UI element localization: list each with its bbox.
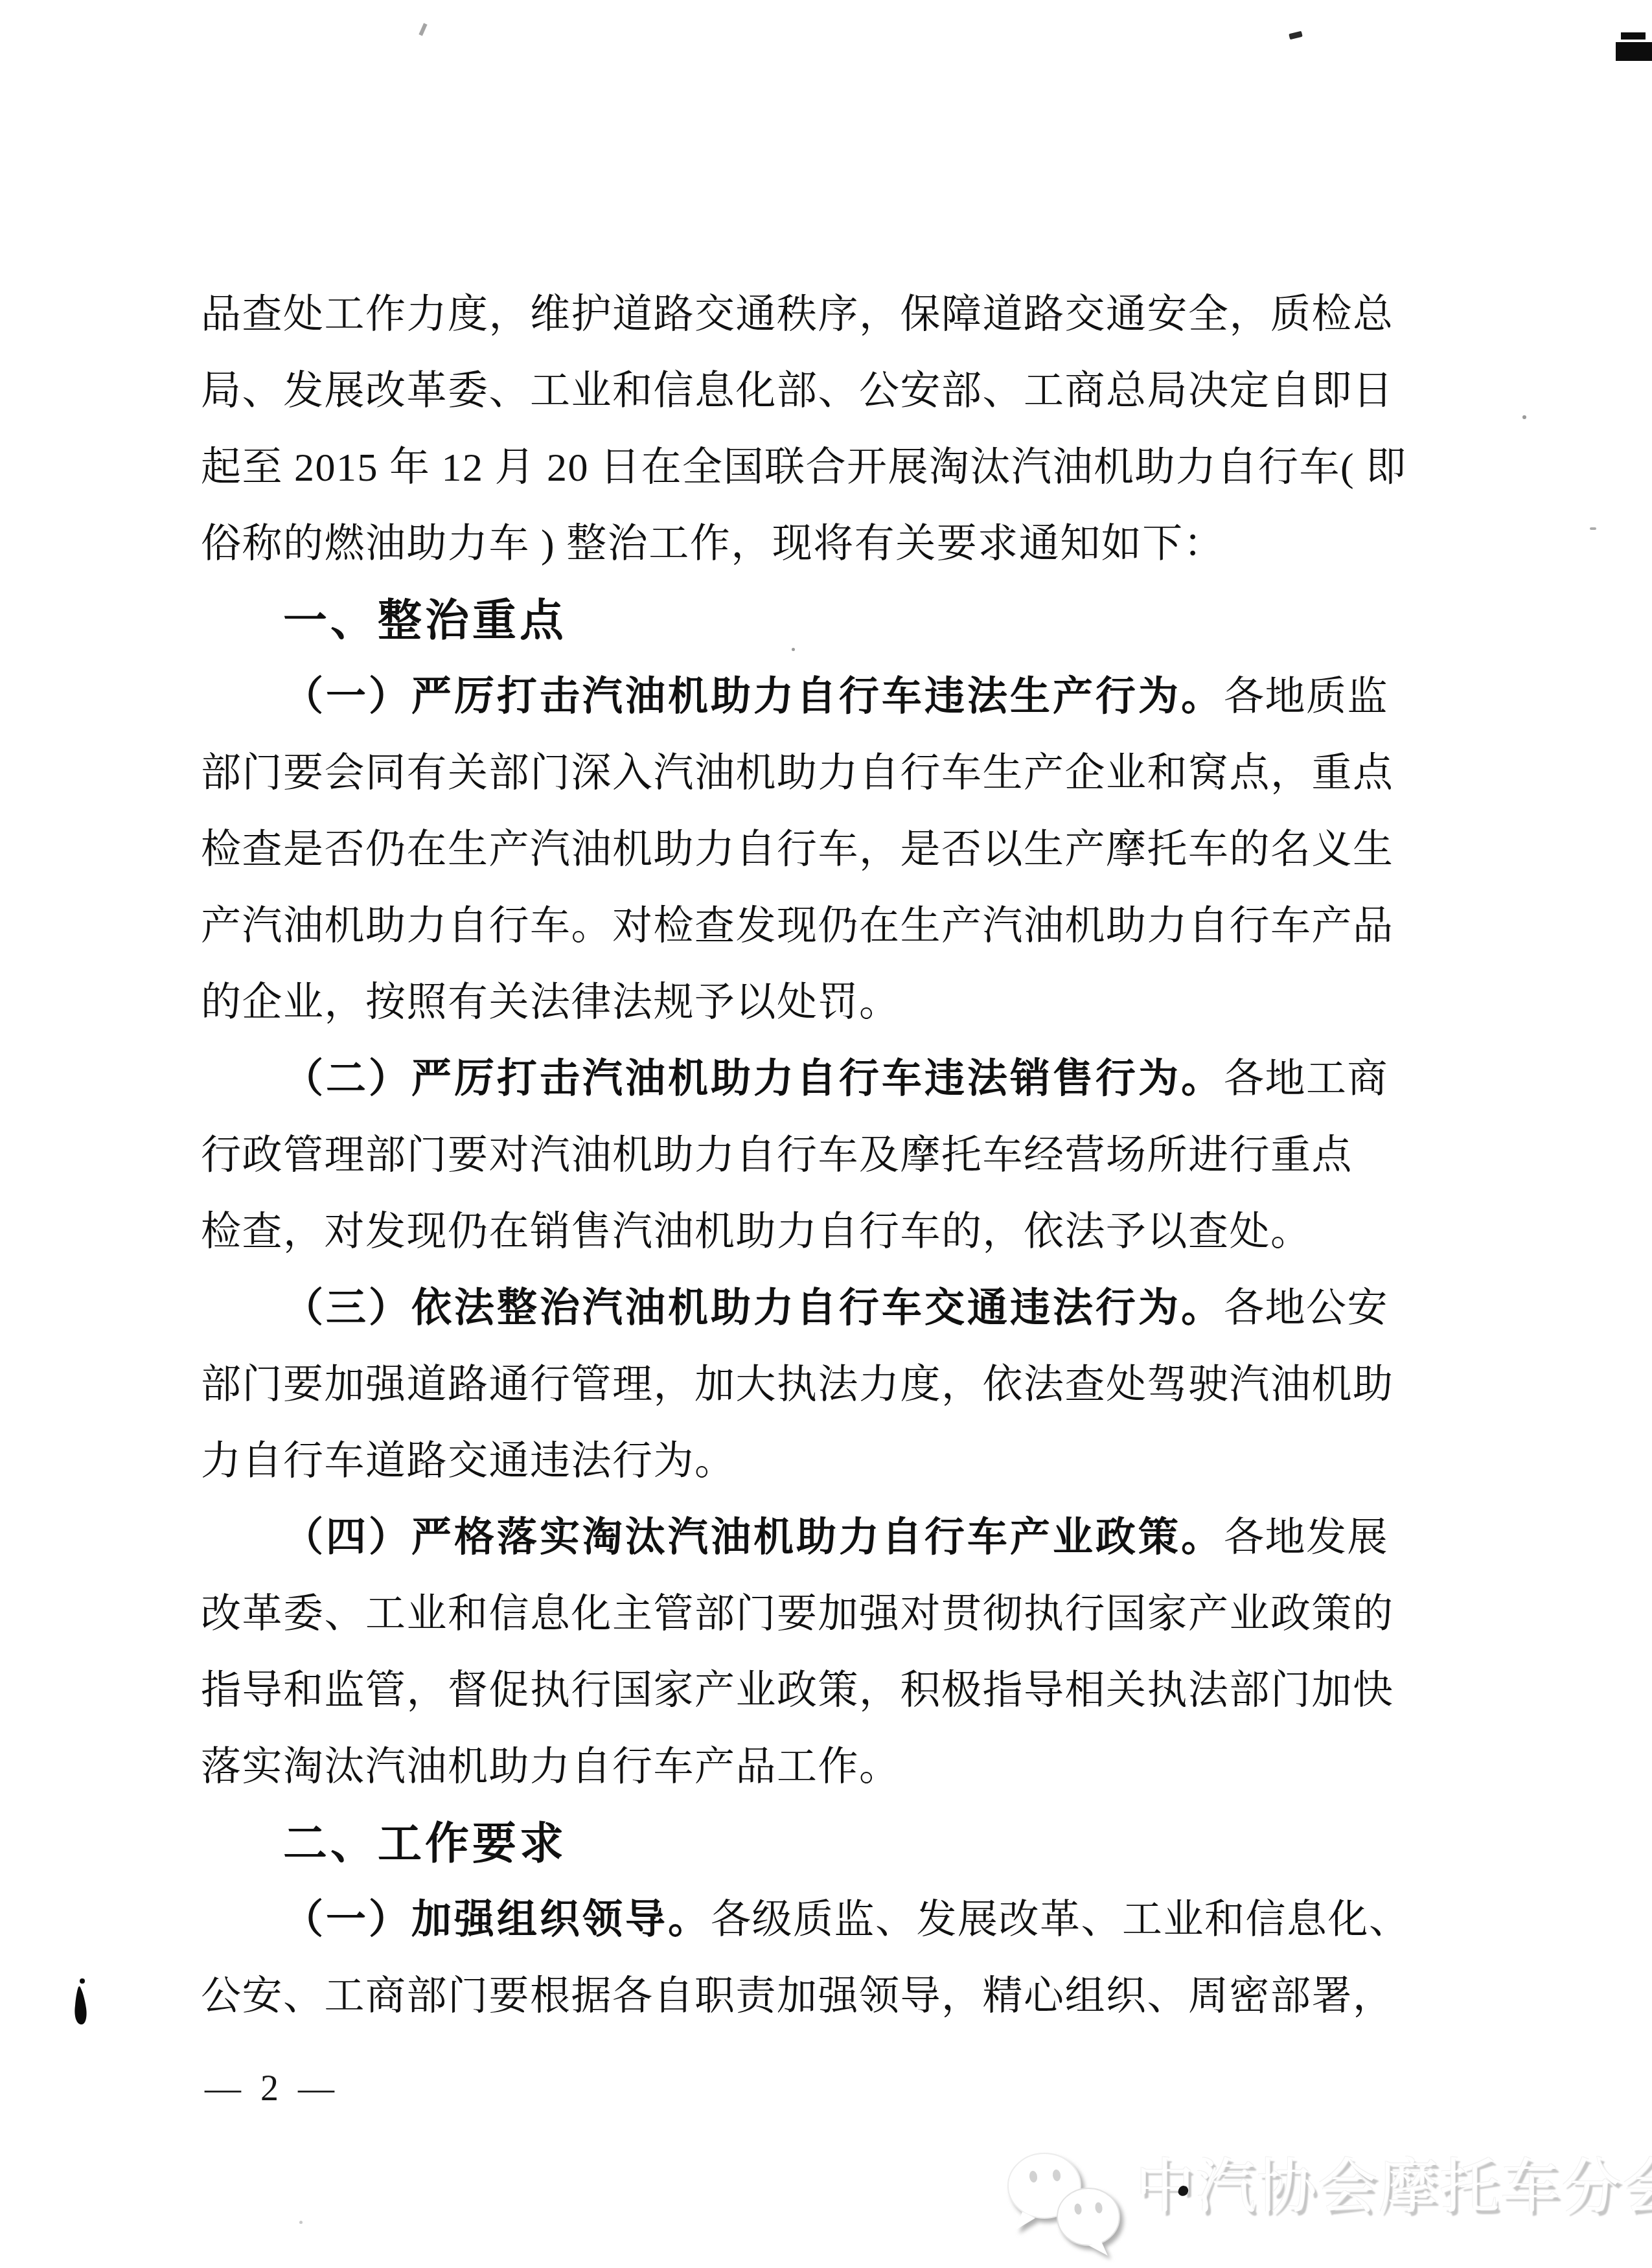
- scan-mark-artifact: [1289, 31, 1303, 40]
- text-segment: 各地公安: [1224, 1287, 1388, 1331]
- scan-speck: [1590, 527, 1596, 530]
- bold-text-segment: （三）依法整治汽油机助力自行车交通违法行为。: [283, 1286, 1224, 1331]
- text-segment: 力自行车道路交通违法行为。: [201, 1439, 736, 1483]
- text-line: 俗称的燃油助力车 ) 整治工作，现将有关要求通知如下：: [201, 506, 1406, 582]
- text-line: 部门要会同有关部门深入汽油机助力自行车生产企业和窝点，重点: [201, 735, 1406, 812]
- text-line: （一）严厉打击汽油机助力自行车违法生产行为。各地质监: [201, 659, 1406, 735]
- text-line: 公安、工商部门要根据各自职责加强领导，精心组织、周密部署，: [201, 1958, 1406, 2035]
- text-segment: 品查处工作力度，维护道路交通秩序，保障道路交通安全，质检总: [201, 293, 1394, 337]
- bold-text-segment: （一）严厉打击汽油机助力自行车违法生产行为。: [283, 674, 1224, 719]
- text-line: 检查，对发现仍在销售汽油机助力自行车的，依法予以查处。: [201, 1194, 1406, 1270]
- text-segment: 俗称的燃油助力车 ) 整治工作，现将有关要求通知如下：: [201, 522, 1224, 566]
- bold-text-segment: （一）加强组织领导。: [283, 1897, 711, 1942]
- section-heading: 一、整治重点: [201, 582, 1406, 659]
- text-line: 局、发展改革委、工业和信息化部、公安部、工商总局决定自即日: [201, 353, 1406, 430]
- text-line: 改革委、工业和信息化主管部门要加强对贯彻执行国家产业政策的: [201, 1576, 1406, 1653]
- page-number: — 2 —: [205, 2068, 339, 2109]
- ink-blob-artifact: [66, 1977, 95, 2035]
- text-segment: 部门要会同有关部门深入汽油机助力自行车生产企业和窝点，重点: [201, 751, 1394, 796]
- watermark-text: 中汽协会摩托车分会: [1135, 2155, 1652, 2219]
- scan-speck: [1522, 415, 1526, 419]
- text-segment: 产汽油机助力自行车。对检查发现仍在生产汽油机助力自行车产品: [201, 904, 1394, 948]
- watermark: 中汽协会摩托车分会: [1003, 2146, 1625, 2256]
- text-line: 品查处工作力度，维护道路交通秩序，保障道路交通安全，质检总: [201, 277, 1406, 353]
- document-body: 品查处工作力度，维护道路交通秩序，保障道路交通安全，质检总局、发展改革委、工业和…: [201, 277, 1406, 2035]
- scanned-document-page: 品查处工作力度，维护道路交通秩序，保障道路交通安全，质检总局、发展改革委、工业和…: [0, 0, 1652, 2268]
- text-line: 部门要加强道路通行管理，加大执法力度，依法查处驾驶汽油机助: [201, 1347, 1406, 1423]
- section-heading: 二、工作要求: [201, 1805, 1406, 1882]
- text-segment: 改革委、工业和信息化主管部门要加强对贯彻执行国家产业政策的: [201, 1592, 1394, 1636]
- text-line: 检查是否仍在生产汽油机助力自行车，是否以生产摩托车的名义生: [201, 812, 1406, 888]
- bold-text-segment: 一、整治重点: [283, 596, 567, 645]
- text-segment: 局、发展改革委、工业和信息化部、公安部、工商总局决定自即日: [201, 369, 1394, 413]
- text-segment: 检查，对发现仍在销售汽油机助力自行车的，依法予以查处。: [201, 1210, 1312, 1254]
- text-segment: 行政管理部门要对汽油机助力自行车及摩托车经营场所进行重点: [201, 1134, 1353, 1178]
- text-line: （二）严厉打击汽油机助力自行车违法销售行为。各地工商: [201, 1041, 1406, 1117]
- wechat-bubbles-icon: [1003, 2149, 1132, 2258]
- text-segment: 各级质监、发展改革、工业和信息化、: [711, 1898, 1410, 1942]
- text-line: 的企业，按照有关法律法规予以处罚。: [201, 965, 1406, 1041]
- text-segment: 指导和监管，督促执行国家产业政策，积极指导相关执法部门加快: [201, 1669, 1394, 1713]
- bold-text-segment: （四）严格落实淘汰汽油机助力自行车产业政策。: [283, 1515, 1224, 1560]
- bold-text-segment: 二、工作要求: [283, 1819, 567, 1868]
- scan-corner-bar-artifact: [1621, 32, 1646, 40]
- scan-corner-block-artifact: [1616, 42, 1652, 61]
- text-segment: 起至 2015 年 12 月 20 日在全国联合开展淘汰汽油机助力自行车( 即: [201, 446, 1407, 490]
- text-line: 行政管理部门要对汽油机助力自行车及摩托车经营场所进行重点: [201, 1117, 1406, 1194]
- bold-text-segment: （二）严厉打击汽油机助力自行车违法销售行为。: [283, 1057, 1224, 1101]
- text-line: 落实淘汰汽油机助力自行车产品工作。: [201, 1729, 1406, 1805]
- text-segment: 公安、工商部门要根据各自职责加强领导，精心组织、周密部署，: [201, 1975, 1394, 2019]
- text-segment: 各地工商: [1224, 1057, 1388, 1101]
- text-line: 力自行车道路交通违法行为。: [201, 1423, 1406, 1500]
- text-segment: 部门要加强道路通行管理，加大执法力度，依法查处驾驶汽油机助: [201, 1363, 1394, 1407]
- text-line: 起至 2015 年 12 月 20 日在全国联合开展淘汰汽油机助力自行车( 即: [201, 430, 1406, 506]
- text-line: （四）严格落实淘汰汽油机助力自行车产业政策。各地发展: [201, 1500, 1406, 1576]
- scan-tick-artifact: [419, 23, 427, 36]
- text-segment: 的企业，按照有关法律法规予以处罚。: [201, 981, 901, 1025]
- text-line: 产汽油机助力自行车。对检查发现仍在生产汽油机助力自行车产品: [201, 888, 1406, 965]
- text-line: （三）依法整治汽油机助力自行车交通违法行为。各地公安: [201, 1270, 1406, 1347]
- scan-speck: [299, 2221, 303, 2224]
- text-line: 指导和监管，督促执行国家产业政策，积极指导相关执法部门加快: [201, 1653, 1406, 1729]
- text-segment: 落实淘汰汽油机助力自行车产品工作。: [201, 1745, 901, 1789]
- text-segment: 各地发展: [1224, 1516, 1388, 1560]
- text-line: （一）加强组织领导。各级质监、发展改革、工业和信息化、: [201, 1882, 1406, 1958]
- text-segment: 各地质监: [1224, 675, 1388, 719]
- text-segment: 检查是否仍在生产汽油机助力自行车，是否以生产摩托车的名义生: [201, 828, 1394, 872]
